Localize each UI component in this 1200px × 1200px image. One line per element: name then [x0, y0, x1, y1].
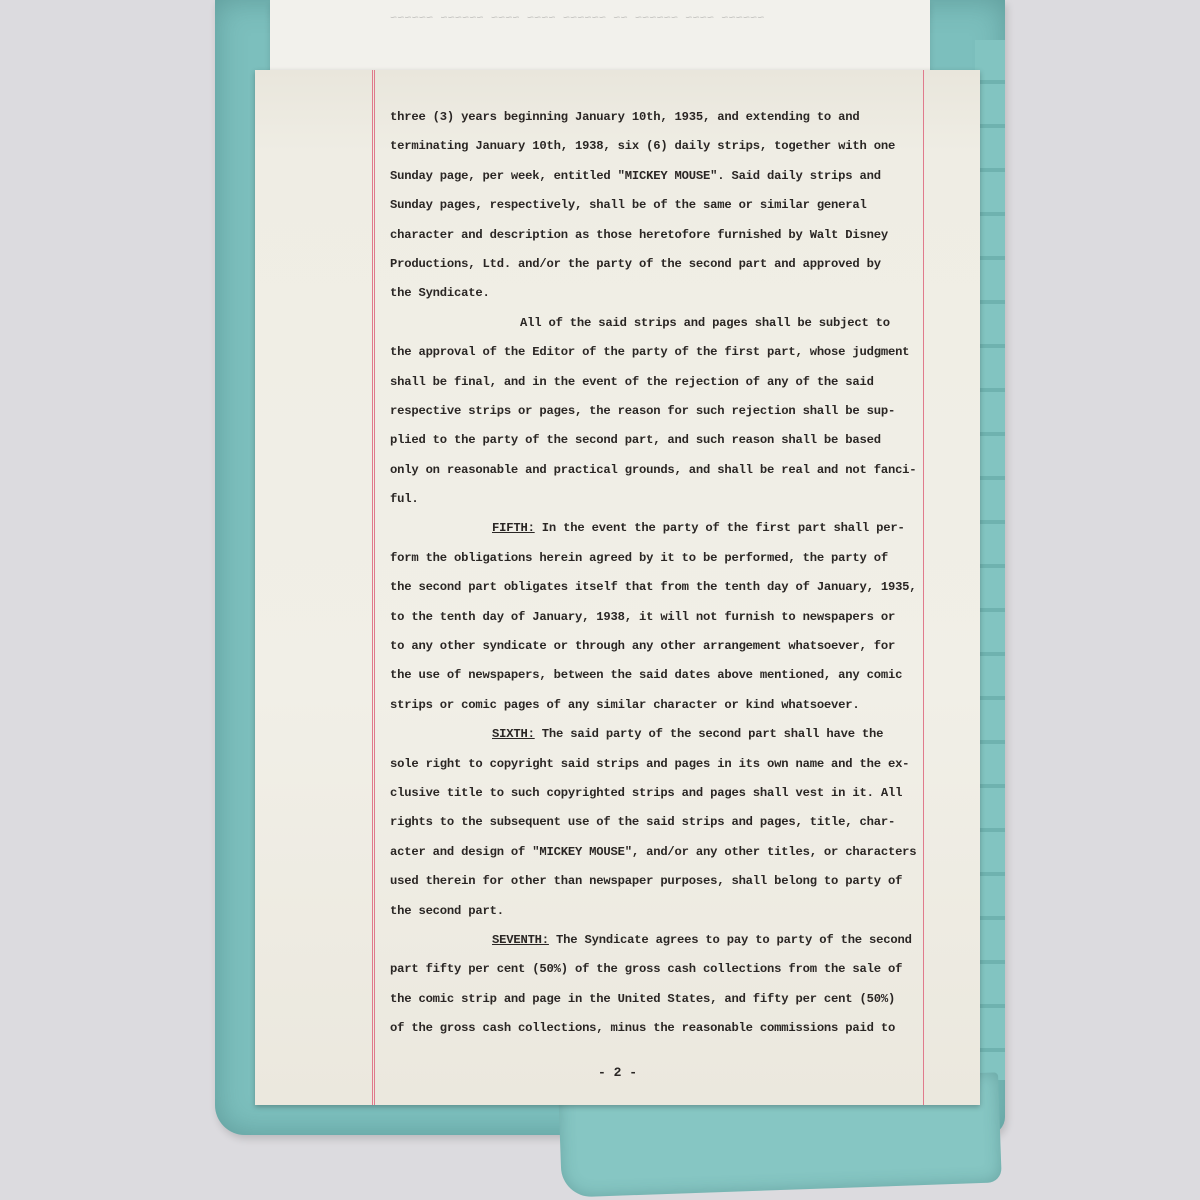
text-line: Sunday pages, respectively, shall be of … — [390, 191, 950, 220]
text-line: the comic strip and page in the United S… — [390, 985, 950, 1014]
clause-first-line: FIFTH: In the event the party of the fir… — [390, 514, 950, 543]
text-line: three (3) years beginning January 10th, … — [390, 103, 950, 132]
clause-text: The said party of the second part shall … — [535, 727, 884, 741]
text-line: to the tenth day of January, 1938, it wi… — [390, 603, 950, 632]
clause-seventh: SEVENTH: The Syndicate agrees to pay to … — [390, 926, 950, 1044]
clause-heading: SEVENTH: — [492, 933, 549, 947]
text-line: part fifty per cent (50%) of the gross c… — [390, 955, 950, 984]
clause-sixth: SIXTH: The said party of the second part… — [390, 720, 950, 926]
page-number: - 2 - — [255, 1065, 980, 1080]
text-line: only on reasonable and practical grounds… — [390, 456, 950, 485]
clause-text: In the event the party of the first part… — [535, 521, 905, 535]
clause-text: The Syndicate agrees to pay to party of … — [549, 933, 912, 947]
clause-fifth: FIFTH: In the event the party of the fir… — [390, 514, 950, 720]
text-line: rights to the subsequent use of the said… — [390, 808, 950, 837]
contract-text: three (3) years beginning January 10th, … — [390, 103, 950, 1044]
text-line: ful. — [390, 485, 950, 514]
left-margin-rule — [372, 70, 375, 1105]
clause-heading: SIXTH: — [492, 727, 535, 741]
text-line: the second part. — [390, 897, 950, 926]
clause-first-line: SIXTH: The said party of the second part… — [390, 720, 950, 749]
text-line: clusive title to such copyrighted strips… — [390, 779, 950, 808]
text-line: character and description as those heret… — [390, 221, 950, 250]
clause-first-line: SEVENTH: The Syndicate agrees to pay to … — [390, 926, 950, 955]
text-line: Productions, Ltd. and/or the party of th… — [390, 250, 950, 279]
text-line: form the obligations herein agreed by it… — [390, 544, 950, 573]
text-line: the Syndicate. — [390, 279, 950, 308]
text-line: terminating January 10th, 1938, six (6) … — [390, 132, 950, 161]
text-line: plied to the party of the second part, a… — [390, 426, 950, 455]
text-line: Sunday page, per week, entitled "MICKEY … — [390, 162, 950, 191]
text-line: respective strips or pages, the reason f… — [390, 397, 950, 426]
text-line: sole right to copyright said strips and … — [390, 750, 950, 779]
text-line: of the gross cash collections, minus the… — [390, 1014, 950, 1043]
paragraph-approval: All of the said strips and pages shall b… — [390, 309, 950, 515]
text-line: the approval of the Editor of the party … — [390, 338, 950, 367]
paragraph-term: three (3) years beginning January 10th, … — [390, 103, 950, 309]
previous-page-fold: ~~~~~~ ~~~~~~ ~~~~ ~~~~ ~~~~~~ ~~ ~~~~~~… — [270, 0, 930, 70]
text-line: acter and design of "MICKEY MOUSE", and/… — [390, 838, 950, 867]
text-line: the second part obligates itself that fr… — [390, 573, 950, 602]
text-line: All of the said strips and pages shall b… — [390, 309, 950, 338]
bleed-through-text: ~~~~~~ ~~~~~~ ~~~~ ~~~~ ~~~~~~ ~~ ~~~~~~… — [390, 8, 850, 24]
clause-heading: FIFTH: — [492, 521, 535, 535]
text-line: shall be final, and in the event of the … — [390, 368, 950, 397]
document-page: three (3) years beginning January 10th, … — [255, 70, 980, 1105]
text-line: to any other syndicate or through any ot… — [390, 632, 950, 661]
text-line: used therein for other than newspaper pu… — [390, 867, 950, 896]
text-line: the use of newspapers, between the said … — [390, 661, 950, 690]
text-line: strips or comic pages of any similar cha… — [390, 691, 950, 720]
